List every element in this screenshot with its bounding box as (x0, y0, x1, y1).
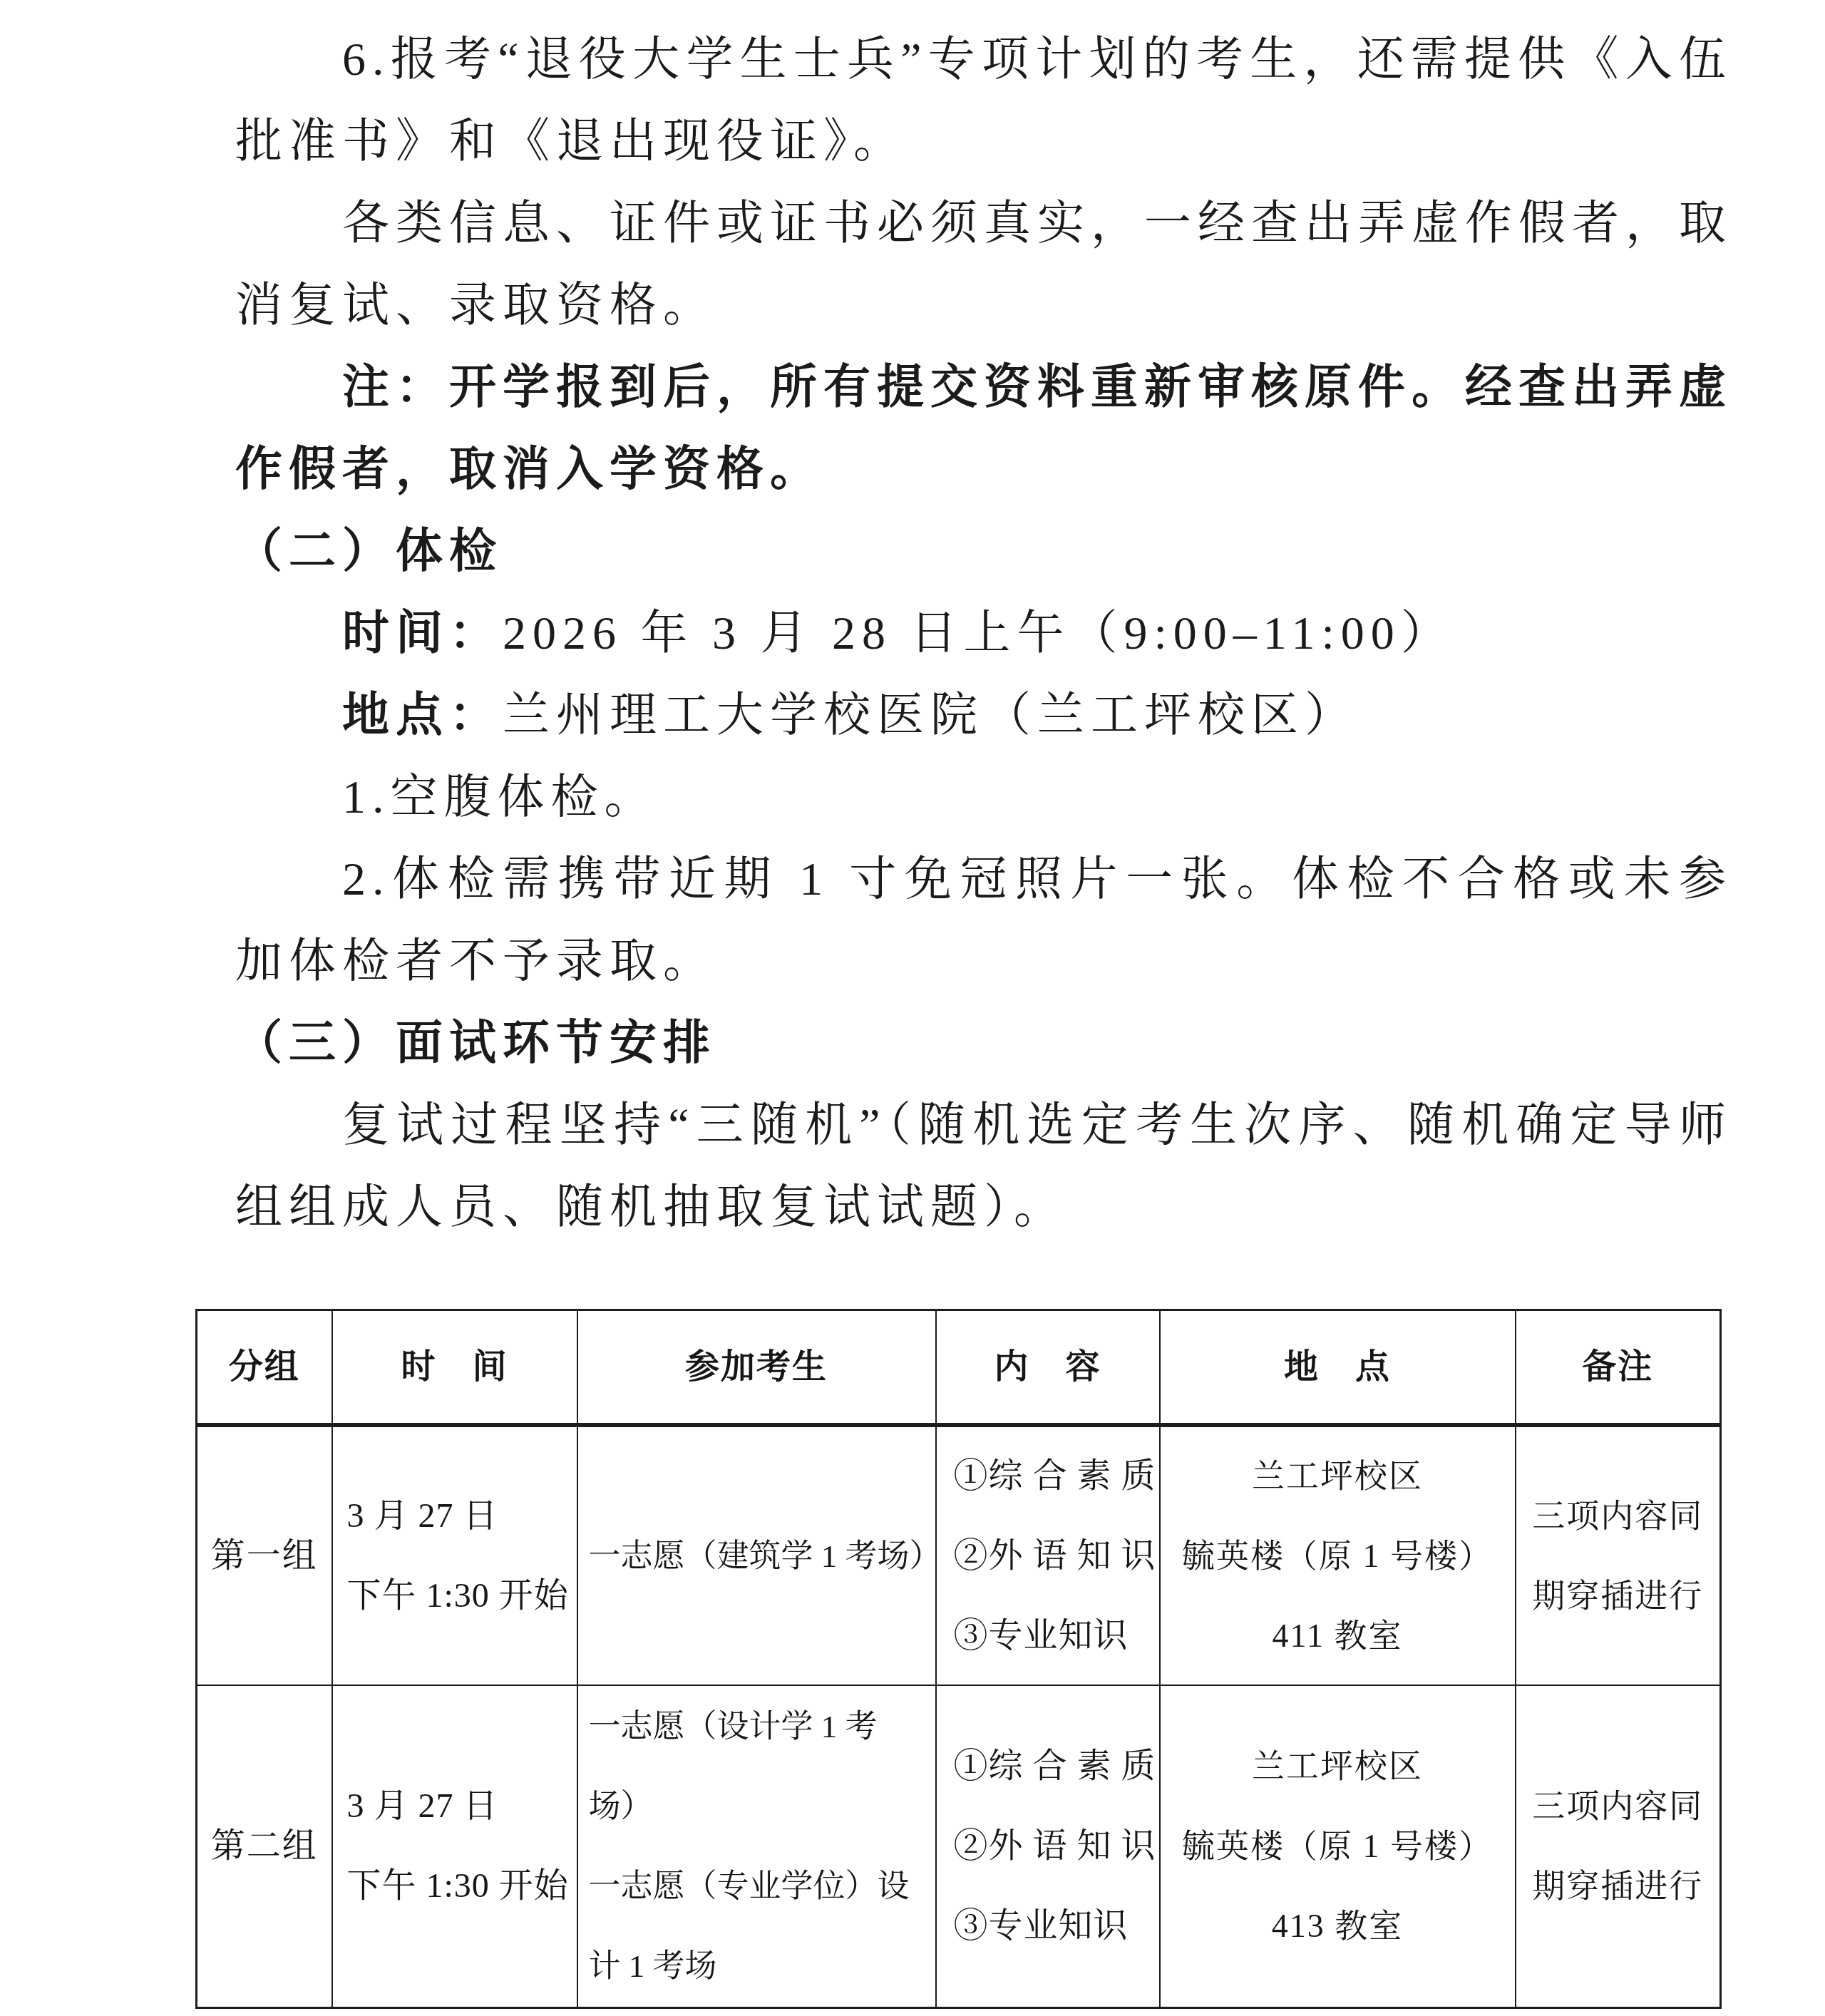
cell-candidates: 一志愿（建筑学 1 考场） (577, 1425, 936, 1685)
para-exam-place: 地点：兰州理工大学校医院（兰工坪校区） (235, 674, 1732, 756)
col-header-location: 地 点 (1160, 1310, 1516, 1426)
interview-schedule-table: 分组 时 间 参加考生 内 容 地 点 备注 第一组 3 月 27 日 下午 1… (195, 1309, 1722, 2009)
para-veteran-plan: 6.报考“退役大学生士兵”专项计划的考生，还需提供《入伍批准书》和《退出现役证》… (235, 19, 1732, 182)
col-header-remark: 备注 (1516, 1310, 1721, 1426)
para-authenticity: 各类信息、证件或证书必须真实，一经查出弄虚作假者，取消复试、录取资格。 (235, 182, 1732, 346)
exam-place-label: 地点： (342, 689, 503, 741)
para-three-random: 复试过程坚持“三随机”（随机选定考生次序、随机确定导师组组成人员、随机抽取复试试… (235, 1084, 1732, 1248)
table-header-row: 分组 时 间 参加考生 内 容 地 点 备注 (197, 1310, 1721, 1426)
cell-location: 兰工坪校区 毓英楼（原 1 号楼） 413 教室 (1160, 1685, 1516, 2008)
cell-content: ①综 合 素 质 ②外 语 知 识 ③专业知识 (936, 1425, 1160, 1685)
para-note: 注：开学报到后，所有提交资料重新审核原件。经查出弄虚作假者，取消入学资格。 (235, 346, 1732, 510)
exam-place-value: 兰州理工大学校医院（兰工坪校区） (503, 689, 1358, 741)
body-text: 6.报考“退役大学生士兵”专项计划的考生，还需提供《入伍批准书》和《退出现役证》… (235, 19, 1732, 1248)
exam-time-value: 2026 年 3 月 28 日上午（9:00–11:00） (503, 607, 1454, 659)
cell-candidates: 一志愿（设计学 1 考场） 一志愿（专业学位）设 计 1 考场 (577, 1685, 936, 2008)
table-row-group-1: 第一组 3 月 27 日 下午 1:30 开始 一志愿（建筑学 1 考场） ①综… (197, 1425, 1721, 1685)
para-exam-time: 时间：2026 年 3 月 28 日上午（9:00–11:00） (235, 592, 1732, 674)
cell-content: ①综 合 素 质 ②外 语 知 识 ③专业知识 (936, 1685, 1160, 2008)
cell-time: 3 月 27 日 下午 1:30 开始 (332, 1685, 577, 2008)
cell-remark: 三项内容同 期穿插进行 (1516, 1425, 1721, 1685)
table-row-group-2: 第二组 3 月 27 日 下午 1:30 开始 一志愿（设计学 1 考场） 一志… (197, 1685, 1721, 2008)
exam-time-label: 时间： (342, 607, 503, 659)
para-photo: 2.体检需携带近期 1 寸免冠照片一张。体检不合格或未参加体检者不予录取。 (235, 838, 1732, 1002)
cell-group: 第一组 (197, 1425, 332, 1685)
cell-remark: 三项内容同 期穿插进行 (1516, 1685, 1721, 2008)
cell-location: 兰工坪校区 毓英楼（原 1 号楼） 411 教室 (1160, 1425, 1516, 1685)
cell-time: 3 月 27 日 下午 1:30 开始 (332, 1425, 577, 1685)
col-header-content: 内 容 (936, 1310, 1160, 1426)
cell-group: 第二组 (197, 1685, 332, 2008)
heading-interview-arrangement: （三）面试环节安排 (235, 1002, 1732, 1084)
para-fasting: 1.空腹体检。 (235, 756, 1732, 838)
heading-physical-exam: （二）体检 (235, 510, 1732, 592)
document-page: 6.报考“退役大学生士兵”专项计划的考生，还需提供《入伍批准书》和《退出现役证》… (0, 0, 1825, 2016)
col-header-time: 时 间 (332, 1310, 577, 1426)
col-header-candidates: 参加考生 (577, 1310, 936, 1426)
col-header-group: 分组 (197, 1310, 332, 1426)
